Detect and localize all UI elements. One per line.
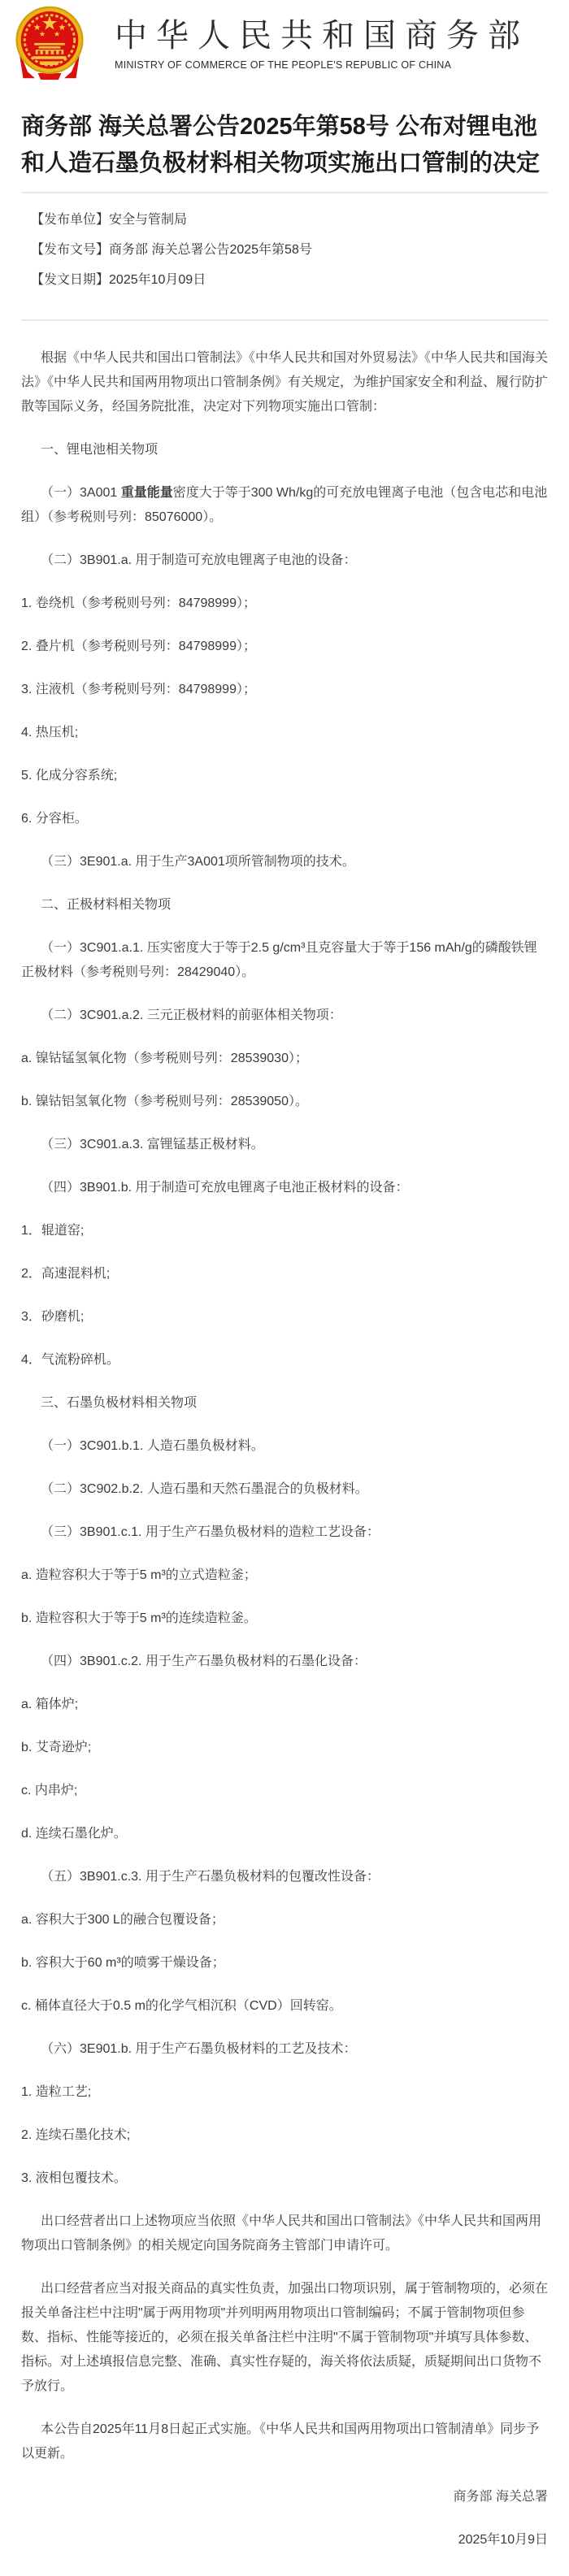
paragraph: 三、石墨负极材料相关物项 <box>21 1391 548 1416</box>
paragraph: （二）3B901.a. 用于制造可充放电锂离子电池的设备： <box>21 549 548 573</box>
paragraph: （六）3E901.b. 用于生产石墨负极材料的工艺及技术： <box>21 2037 548 2062</box>
paragraph-text: （一）3A001 <box>41 486 121 500</box>
highlighted-term: 重量能量 <box>121 486 173 500</box>
paragraph: （二）3C901.a.2. 三元正极材料的前驱体相关物项： <box>21 1004 548 1028</box>
list-item: 3. 液相包覆技术。 <box>21 2166 548 2191</box>
list-item: a. 镍钴锰氢氧化物（参考税则号列：28539030）； <box>21 1047 548 1071</box>
divider <box>21 192 548 193</box>
list-item: b. 造粒容积大于等于5 m³的连续造粒釜。 <box>21 1607 548 1631</box>
list-item: 4. 热压机; <box>21 721 548 745</box>
list-item: 5. 化成分容系统; <box>21 764 548 788</box>
paragraph: 一、锂电池相关物项 <box>21 438 548 462</box>
list-item: b. 容积大于60 m³的喷雾干燥设备； <box>21 1951 548 1975</box>
list-item: 2. 叠片机（参考税则号列：84798999）； <box>21 635 548 659</box>
paragraph: 出口经营者出口上述物项应当依照《中华人民共和国出口管制法》《中华人民共和国两用物… <box>21 2210 548 2258</box>
article-body: 根据《中华人民共和国出口管制法》《中华人民共和国对外贸易法》《中华人民共和国海关… <box>21 321 548 2576</box>
list-item: c. 桶体直径大于0.5 m的化学气相沉积（CVD）回转窑。 <box>21 1994 548 2019</box>
org-name-cn: 中华人民共和国商务部 <box>115 17 529 54</box>
meta-block: 【发布单位】安全与管制局 【发布文号】商务部 海关总署公告2025年第58号 【… <box>21 205 548 295</box>
article-title: 商务部 海关总署公告2025年第58号 公布对锂电池 和人造石墨负极材料相关物项… <box>21 109 548 182</box>
meta-row-issuing-unit: 【发布单位】安全与管制局 <box>31 205 548 235</box>
list-item: b. 艾奇逊炉; <box>21 1736 548 1760</box>
meta-row-document-number: 【发布文号】商务部 海关总署公告2025年第58号 <box>31 235 548 265</box>
list-item: 1. 造粒工艺; <box>21 2080 548 2105</box>
article-title-line-1: 商务部 海关总署公告2025年第58号 公布对锂电池 <box>21 109 548 145</box>
signature-line: 2025年10月9日 <box>21 2528 548 2552</box>
paragraph: （四）3B901.b. 用于制造可充放电锂离子电池正极材料的设备： <box>21 1176 548 1200</box>
paragraph: （一）3C901.b.1. 人造石墨负极材料。 <box>21 1434 548 1459</box>
page: 中华人民共和国商务部 MINISTRY OF COMMERCE OF THE P… <box>0 0 569 2576</box>
paragraph: （三）3E901.a. 用于生产3A001项所管制物项的技术。 <box>21 850 548 874</box>
paragraph: 二、正极材料相关物项 <box>21 893 548 917</box>
paragraph: （四）3B901.c.2. 用于生产石墨负极材料的石墨化设备： <box>21 1650 548 1674</box>
meta-value: 2025年10月09日 <box>109 273 206 287</box>
list-item: 4．气流粉碎机。 <box>21 1348 548 1373</box>
paragraph: （一）3C901.a.1. 压实密度大于等于2.5 g/cm³且克容量大于等于1… <box>21 936 548 985</box>
list-item: 3．砂磨机; <box>21 1305 548 1329</box>
paragraph: （二）3C902.b.2. 人造石墨和天然石墨混合的负极材料。 <box>21 1477 548 1502</box>
meta-label: 【发布单位】 <box>31 213 109 227</box>
paragraph: （三）3B901.c.1. 用于生产石墨负极材料的造粒工艺设备： <box>21 1520 548 1545</box>
paragraph: 根据《中华人民共和国出口管制法》《中华人民共和国对外贸易法》《中华人民共和国海关… <box>21 346 548 419</box>
meta-value: 商务部 海关总署公告2025年第58号 <box>109 243 312 257</box>
meta-value: 安全与管制局 <box>109 213 187 227</box>
signature-line: 商务部 海关总署 <box>21 2485 548 2509</box>
list-item: d. 连续石墨化炉。 <box>21 1822 548 1846</box>
prc-national-emblem-icon <box>12 4 87 80</box>
meta-label: 【发布文号】 <box>31 243 109 257</box>
org-block: 中华人民共和国商务部 MINISTRY OF COMMERCE OF THE P… <box>115 14 529 72</box>
org-name-en: MINISTRY OF COMMERCE OF THE PEOPLE'S REP… <box>115 59 529 72</box>
list-item: 6. 分容柜。 <box>21 807 548 831</box>
article-title-line-2: 和人造石墨负极材料相关物项实施出口管制的决定 <box>21 145 548 182</box>
paragraph: 本公告自2025年11月8日起正式实施。《中华人民共和国两用物项出口管制清单》同… <box>21 2418 548 2466</box>
list-item: a. 箱体炉; <box>21 1693 548 1717</box>
list-item: 2. 连续石墨化技术; <box>21 2123 548 2148</box>
list-item: b. 镍钴铝氢氧化物（参考税则号列：28539050）。 <box>21 1090 548 1114</box>
paragraph: （三）3C901.a.3. 富锂锰基正极材料。 <box>21 1133 548 1157</box>
paragraph: （五）3B901.c.3. 用于生产石墨负极材料的包覆改性设备： <box>21 1865 548 1889</box>
list-item: 2．高速混料机; <box>21 1262 548 1286</box>
list-item: 1. 卷绕机（参考税则号列：84798999）； <box>21 592 548 616</box>
paragraph: 出口经营者应当对报关商品的真实性负责，加强出口物项识别，属于管制物项的，必须在报… <box>21 2277 548 2399</box>
list-item: a. 容积大于300 L的融合包覆设备； <box>21 1908 548 1932</box>
meta-label: 【发文日期】 <box>31 273 109 287</box>
list-item: a. 造粒容积大于等于5 m³的立式造粒釜； <box>21 1563 548 1588</box>
paragraph: （一）3A001 重量能量密度大于等于300 Wh/kg的可充放电锂离子电池（包… <box>21 481 548 530</box>
list-item: 1．辊道窑; <box>21 1219 548 1243</box>
meta-row-issue-date: 【发文日期】2025年10月09日 <box>31 265 548 295</box>
list-item: c. 内串炉; <box>21 1779 548 1803</box>
list-item: 3. 注液机（参考税则号列：84798999）； <box>21 678 548 702</box>
site-header: 中华人民共和国商务部 MINISTRY OF COMMERCE OF THE P… <box>0 0 569 81</box>
